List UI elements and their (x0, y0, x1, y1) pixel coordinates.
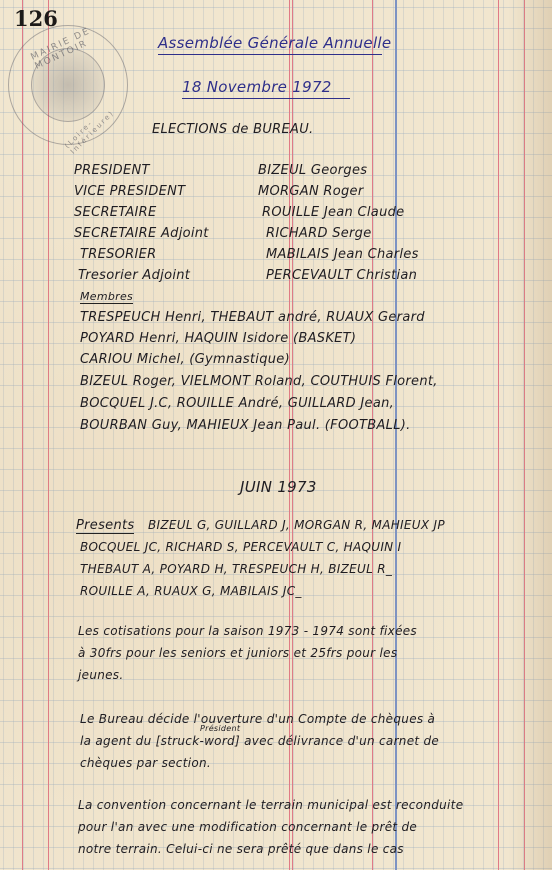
paragraph-line: La convention concernant le terrain muni… (78, 798, 463, 812)
margin-rule (22, 0, 23, 870)
role-name: RICHARD Serge (266, 226, 372, 241)
document-title: Assemblée Générale Annuelle (158, 34, 382, 55)
role-name: PERCEVAULT Christian (266, 268, 417, 283)
members-line: POYARD Henri, HAQUIN Isidore (BASKET) (80, 331, 356, 346)
page-number: 126 (14, 6, 58, 31)
role-label: SECRETAIRE (74, 205, 157, 220)
paragraph-line: notre terrain. Celui-ci ne sera prêté qu… (78, 842, 404, 856)
june-heading: JUIN 1973 (240, 478, 317, 496)
role-name: MORGAN Roger (258, 184, 364, 199)
role-label: VICE PRESIDENT (74, 184, 185, 199)
members-line: BOURBAN Guy, MAHIEUX Jean Paul. (FOOTBAL… (80, 418, 411, 433)
role-name: BIZEUL Georges (258, 163, 367, 178)
role-label: PRESIDENT (74, 163, 150, 178)
paragraph-line: la agent du [struck-word] avec délivranc… (80, 734, 439, 748)
paragraph-line: jeunes. (78, 668, 123, 682)
column-rule (498, 0, 499, 870)
role-label: SECRETAIRE Adjoint (74, 226, 209, 241)
role-name: ROUILLE Jean Claude (262, 205, 404, 220)
role-name: MABILAIS Jean Charles (266, 247, 419, 262)
presents-label: Presents (76, 518, 134, 534)
paragraph-line: Les cotisations pour la saison 1973 - 19… (78, 624, 417, 638)
meeting-date: 18 Novembre 1972 (182, 78, 350, 99)
members-line: CARIOU Michel, (Gymnastique) (80, 352, 290, 367)
paragraph-line: pour l'an avec une modification concerna… (78, 820, 417, 834)
paragraph-line: à 30frs pour les seniors et juniors et 2… (78, 646, 397, 660)
presents-line: BOCQUEL JC, RICHARD S, PERCEVAULT C, HAQ… (80, 540, 401, 554)
elections-heading: ELECTIONS de BUREAU. (152, 122, 313, 137)
members-label: Membres (80, 290, 133, 304)
column-rule (524, 0, 525, 870)
presents-line: THEBAUT A, POYARD H, TRESPEUCH H, BIZEUL… (80, 562, 392, 576)
members-line: TRESPEUCH Henri, THEBAUT andré, RUAUX Ge… (80, 310, 425, 325)
presents-line: ROUILLE A, RUAUX G, MABILAIS JC_ (80, 584, 302, 598)
presents-line: BIZEUL G, GUILLARD J, MORGAN R, MAHIEUX … (148, 518, 445, 532)
paragraph-line: chèques par section. (80, 756, 211, 770)
members-line: BOCQUEL J.C, ROUILLE André, GUILLARD Jea… (80, 396, 394, 411)
town-hall-stamp: MAIRIE DE MONTOIR (Loire-Inférieure) (8, 25, 128, 145)
role-label: Tresorier Adjoint (78, 268, 190, 283)
inserted-word: Président (200, 724, 240, 733)
role-label: TRESORIER (80, 247, 157, 262)
members-line: BIZEUL Roger, VIELMONT Roland, COUTHUIS … (80, 374, 438, 389)
paragraph-line: Le Bureau décide l'ouverture d'un Compte… (80, 712, 435, 726)
